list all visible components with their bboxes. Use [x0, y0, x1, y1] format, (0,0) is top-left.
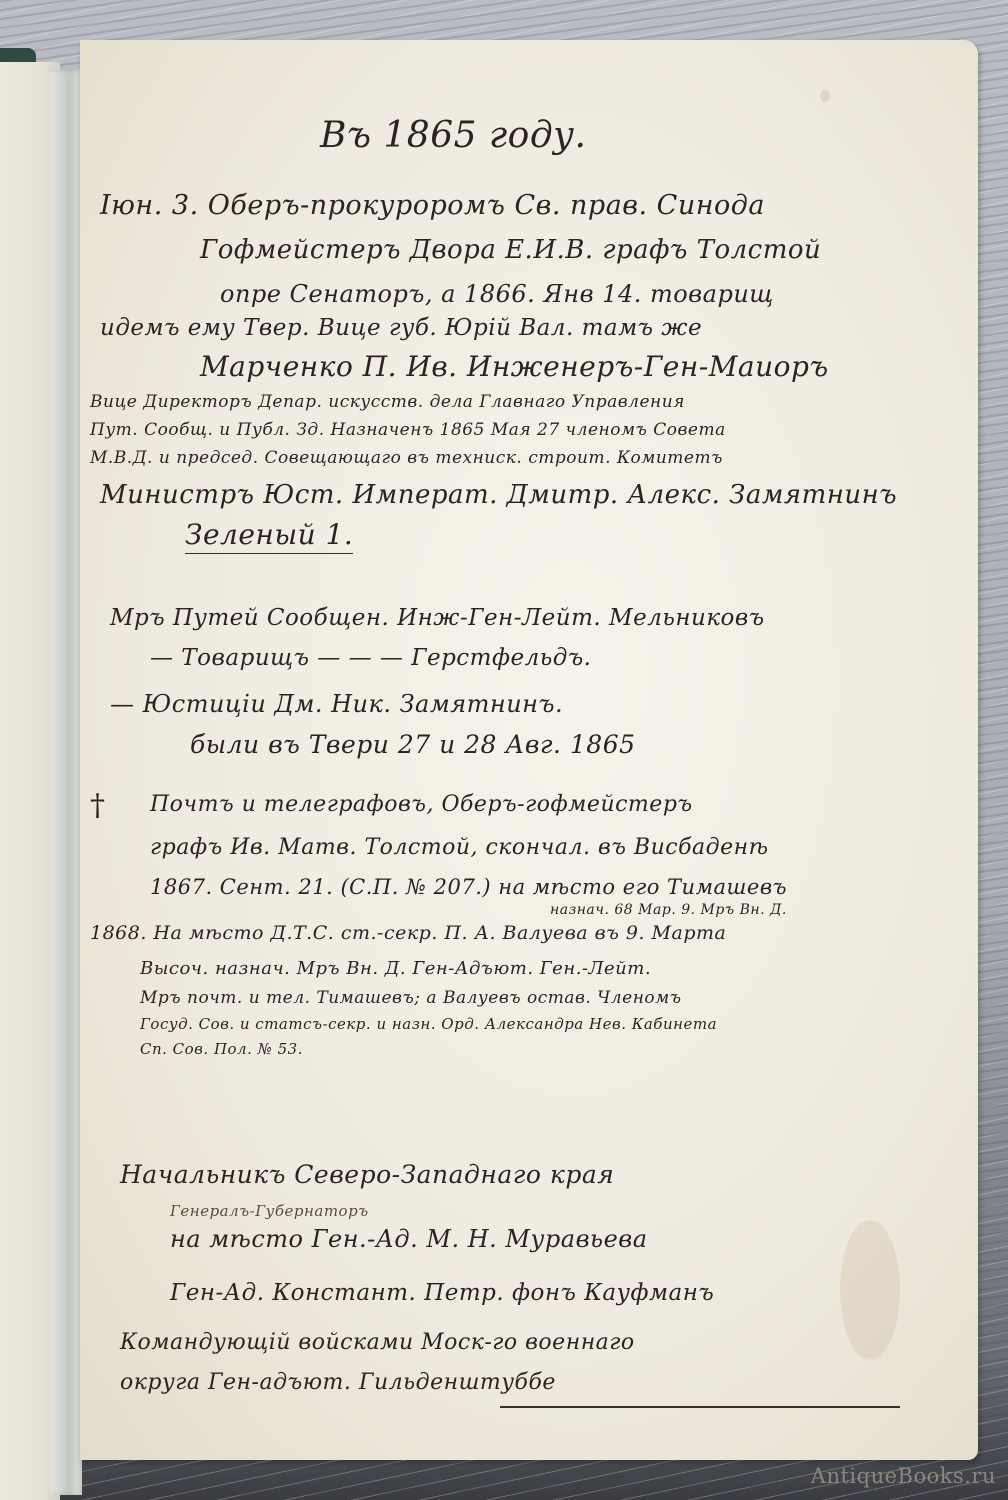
entry-line: опре Сенаторъ, а 1866. Янв 14. товарищ [220, 280, 774, 308]
entry-line: Мръ Путей Сообщен. Инж-Ген-Лейт. Мельник… [110, 605, 765, 631]
entry-line: Гофмейстеръ Двора Е.И.В. графъ Толстой [200, 235, 821, 265]
entry-line: Сп. Сов. Пол. № 53. [140, 1040, 303, 1058]
entry-line: Пут. Сообщ. и Публ. Зд. Назначенъ 1865 М… [90, 420, 726, 440]
entry-line: Мръ почт. и тел. Тимашевъ; а Валуевъ ост… [140, 988, 682, 1008]
entry-line: Почтъ и телеграфовъ, Оберъ-гофмейстеръ [150, 792, 693, 817]
paper-stain [820, 90, 830, 102]
entry-line: Высоч. назнач. Мръ Вн. Д. Ген-Адъют. Ген… [140, 958, 651, 979]
entry-line: Министръ Юст. Императ. Дмитр. Алекс. Зам… [100, 480, 897, 510]
entry-line: М.В.Д. и председ. Совещающаго въ техниск… [90, 448, 723, 468]
entry-line: Ген-Ад. Констант. Петр. фонъ Кауфманъ [170, 1280, 714, 1306]
book-spine [50, 70, 82, 1495]
entry-line: Госуд. Сов. и статсъ-секр. и назн. Орд. … [140, 1015, 717, 1033]
cross-margin-icon: † [90, 788, 105, 823]
page-heading: Въ 1865 году. [320, 115, 586, 156]
paper-stain [840, 1220, 900, 1360]
entry-line: округа Ген-адъют. Гильденштуббе [120, 1370, 556, 1395]
entry-line: графъ Ив. Матв. Толстой, скончал. въ Вис… [150, 835, 769, 860]
entry-line: Іюн. 3. Оберъ-прокуроромъ Св. прав. Сино… [100, 190, 765, 221]
watermark-text: AntiqueBooks.ru [811, 1464, 996, 1488]
entry-line: 1868. На мѣсто Д.Т.С. ст.-секр. П. А. Ва… [90, 922, 726, 944]
entry-line: на мѣсто Ген.-Ад. М. Н. Муравьева [170, 1225, 648, 1253]
entry-line: были въ Твери 27 и 28 Авг. 1865 [190, 730, 636, 759]
entry-line: Марченко П. Ив. Инженеръ-Ген-Маиоръ [200, 350, 829, 383]
manuscript-page: Въ 1865 году. Іюн. 3. Оберъ-прокуроромъ … [80, 40, 978, 1460]
entry-line: идемъ ему Твер. Вице губ. Юрій Вал. тамъ… [100, 315, 702, 341]
entry-line: — Товарищъ — — — Герстфельдъ. [150, 645, 591, 671]
entry-line: Командующій войсками Моск-го военнаго [120, 1330, 635, 1355]
entry-line: 1867. Сент. 21. (С.П. № 207.) на мѣсто е… [150, 875, 787, 899]
underline-rule [500, 1406, 900, 1408]
entry-line-underlined: Зеленый 1. [185, 518, 353, 554]
entry-line: Вице Директоръ Депар. искусств. дела Гла… [90, 392, 685, 412]
entry-line: Начальникъ Северо-Западнаго края [120, 1160, 614, 1189]
entry-line: — Юстиціи Дм. Ник. Замятнинъ. [110, 690, 563, 718]
entry-line: Генералъ-Губернаторъ [170, 1202, 369, 1220]
entry-line: назнач. 68 Мар. 9. Мръ Вн. Д. [550, 902, 787, 918]
